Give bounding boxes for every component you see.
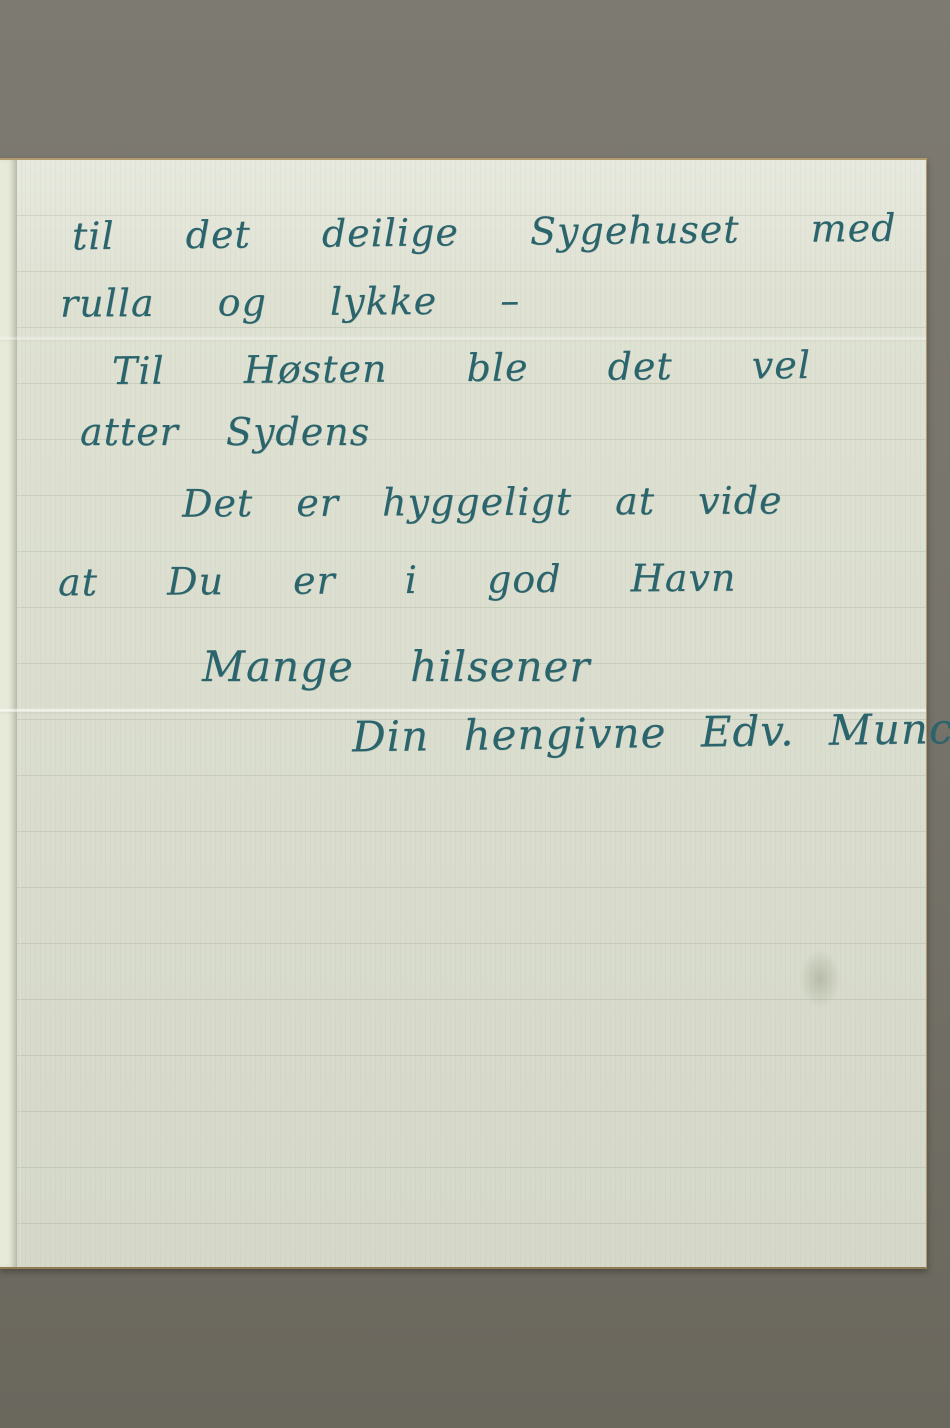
handwritten-line-3: Til Høsten ble det vel [112,343,811,393]
handwritten-line-2: rulla og lykke – [60,278,520,325]
horizontal-crease-upper [0,336,926,342]
ink-bleedthrough-smudge [800,950,840,1008]
handwritten-line-1: til det deilige Sygehuset med [72,206,897,259]
handwritten-line-6: at Du er i god Havn [58,556,737,605]
handwritten-line-4: atter Sydens [80,410,370,454]
handwritten-signature: Din hengivne Edv. Munch [352,704,950,762]
photograph-background: til det deilige Sygehuset med rulla og l… [0,0,950,1428]
handwritten-line-5: Det er hyggeligt at vide [182,478,783,525]
handwritten-closing-line: Mange hilsener [202,642,591,691]
letter-page: til det deilige Sygehuset med rulla og l… [0,158,927,1269]
